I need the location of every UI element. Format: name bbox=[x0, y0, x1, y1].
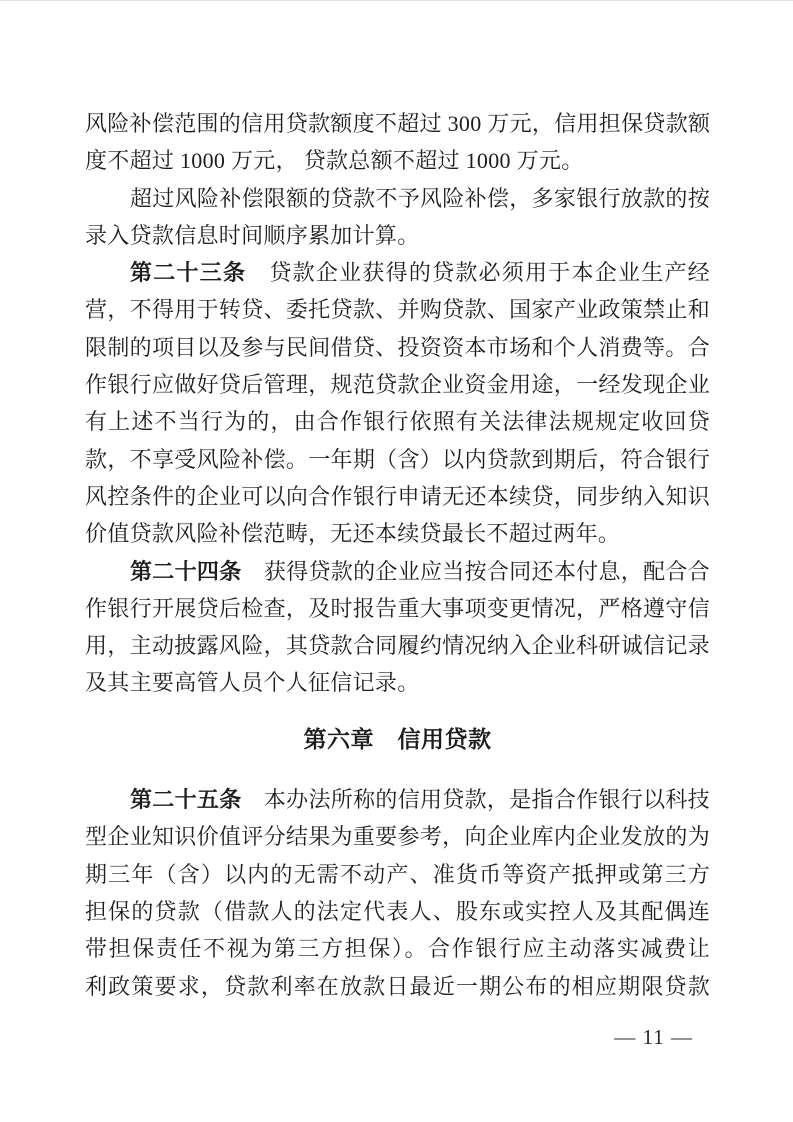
text-line: 限制的项目以及参与民间借贷、投资资本市场和个人消费等。合 bbox=[85, 329, 710, 366]
text-run: 录入贷款信息时间顺序累加计算。 bbox=[85, 223, 420, 248]
text-line: 第二十三条 贷款企业获得的贷款必须用于本企业生产经 bbox=[85, 254, 710, 291]
text-line: 风险补偿范围的信用贷款额度不超过 300 万元，信用担保贷款额 bbox=[85, 105, 710, 142]
text-run: 用，主动披露风险，其贷款合同履约情况纳入企业科研诚信记录 bbox=[85, 633, 710, 658]
text-line: 营，不得用于转贷、委托贷款、并购贷款、国家产业政策禁止和 bbox=[85, 291, 710, 328]
text-run: 度不超过 1000 万元， 贷款总额不超过 1000 万元。 bbox=[85, 148, 584, 173]
text-run: 本办法所称的信用贷款，是指合作银行以科技 bbox=[242, 787, 710, 812]
text-line: 期三年（含）以内的无需不动产、准货币等资产抵押或第三方 bbox=[85, 856, 710, 893]
article-number: 第二十四条 bbox=[130, 559, 242, 584]
text-line: 带担保责任不视为第三方担保）。合作银行应主动落实减费让 bbox=[85, 930, 710, 967]
document-body: 风险补偿范围的信用贷款额度不超过 300 万元，信用担保贷款额度不超过 1000… bbox=[85, 105, 710, 1005]
text-run: 款，不享受风险补偿。一年期（含）以内贷款到期后，符合银行 bbox=[85, 447, 710, 472]
text-line: 第二十五条 本办法所称的信用贷款，是指合作银行以科技 bbox=[85, 781, 710, 818]
text-line: 第二十四条 获得贷款的企业应当按合同还本付息，配合合 bbox=[85, 553, 710, 590]
text-line: 担保的贷款（借款人的法定代表人、股东或实控人及其配偶连 bbox=[85, 893, 710, 930]
article-number: 第二十三条 bbox=[130, 260, 246, 285]
text-run: 超过风险补偿限额的贷款不予风险补偿，多家银行放款的按 bbox=[130, 186, 710, 211]
text-run: 获得贷款的企业应当按合同还本付息，配合合 bbox=[242, 559, 710, 584]
text-run: 营，不得用于转贷、委托贷款、并购贷款、国家产业政策禁止和 bbox=[85, 297, 710, 322]
text-line: 用，主动披露风险，其贷款合同履约情况纳入企业科研诚信记录 bbox=[85, 627, 710, 664]
text-run: 带担保责任不视为第三方担保）。合作银行应主动落实减费让 bbox=[85, 936, 710, 961]
text-line: 超过风险补偿限额的贷款不予风险补偿，多家银行放款的按 bbox=[85, 180, 710, 217]
text-line: 度不超过 1000 万元， 贷款总额不超过 1000 万元。 bbox=[85, 142, 710, 179]
page-number: — 11 — bbox=[614, 1025, 693, 1050]
text-run: 型企业知识价值评分结果为重要参考，向企业库内企业发放的为 bbox=[85, 824, 710, 849]
article-number: 第二十五条 bbox=[130, 787, 242, 812]
text-run: 利政策要求，贷款利率在放款日最近一期公布的相应期限贷款 bbox=[85, 974, 710, 999]
text-run: 风控条件的企业可以向合作银行申请无还本续贷，同步纳入知识 bbox=[85, 484, 710, 509]
text-run: 期三年（含）以内的无需不动产、准货币等资产抵押或第三方 bbox=[85, 862, 710, 887]
text-run: 有上述不当行为的，由合作银行依照有关法律法规规定收回贷 bbox=[85, 409, 710, 434]
text-run: 作银行开展贷后检查，及时报告重大事项变更情况，严格遵守信 bbox=[85, 596, 710, 621]
text-run: 担保的贷款（借款人的法定代表人、股东或实控人及其配偶连 bbox=[85, 899, 710, 924]
text-line: 有上述不当行为的，由合作银行依照有关法律法规规定收回贷 bbox=[85, 403, 710, 440]
text-run: 及其主要高管人员个人征信记录。 bbox=[85, 670, 420, 695]
text-line: 价值贷款风险补偿范畴，无还本续贷最长不超过两年。 bbox=[85, 515, 710, 552]
text-run: 风险补偿范围的信用贷款额度不超过 300 万元，信用担保贷款额 bbox=[85, 111, 710, 136]
document-page: 风险补偿范围的信用贷款额度不超过 300 万元，信用担保贷款额度不超过 1000… bbox=[0, 0, 793, 1122]
text-line: 型企业知识价值评分结果为重要参考，向企业库内企业发放的为 bbox=[85, 818, 710, 855]
chapter-heading: 第六章 信用贷款 bbox=[85, 721, 710, 758]
text-run: 价值贷款风险补偿范畴，无还本续贷最长不超过两年。 bbox=[85, 521, 620, 546]
text-line: 及其主要高管人员个人征信记录。 bbox=[85, 664, 710, 701]
text-line: 作银行开展贷后检查，及时报告重大事项变更情况，严格遵守信 bbox=[85, 590, 710, 627]
text-line: 录入贷款信息时间顺序累加计算。 bbox=[85, 217, 710, 254]
text-run: 作银行应做好贷后管理，规范贷款企业资金用途，一经发现企业 bbox=[85, 372, 710, 397]
article-number: 第六章 信用贷款 bbox=[304, 727, 492, 752]
text-line: 款，不享受风险补偿。一年期（含）以内贷款到期后，符合银行 bbox=[85, 441, 710, 478]
text-line: 风控条件的企业可以向合作银行申请无还本续贷，同步纳入知识 bbox=[85, 478, 710, 515]
text-run: 贷款企业获得的贷款必须用于本企业生产经 bbox=[246, 260, 710, 285]
text-line: 作银行应做好贷后管理，规范贷款企业资金用途，一经发现企业 bbox=[85, 366, 710, 403]
text-line: 利政策要求，贷款利率在放款日最近一期公布的相应期限贷款 bbox=[85, 968, 710, 1005]
text-run: 限制的项目以及参与民间借贷、投资资本市场和个人消费等。合 bbox=[85, 335, 710, 360]
